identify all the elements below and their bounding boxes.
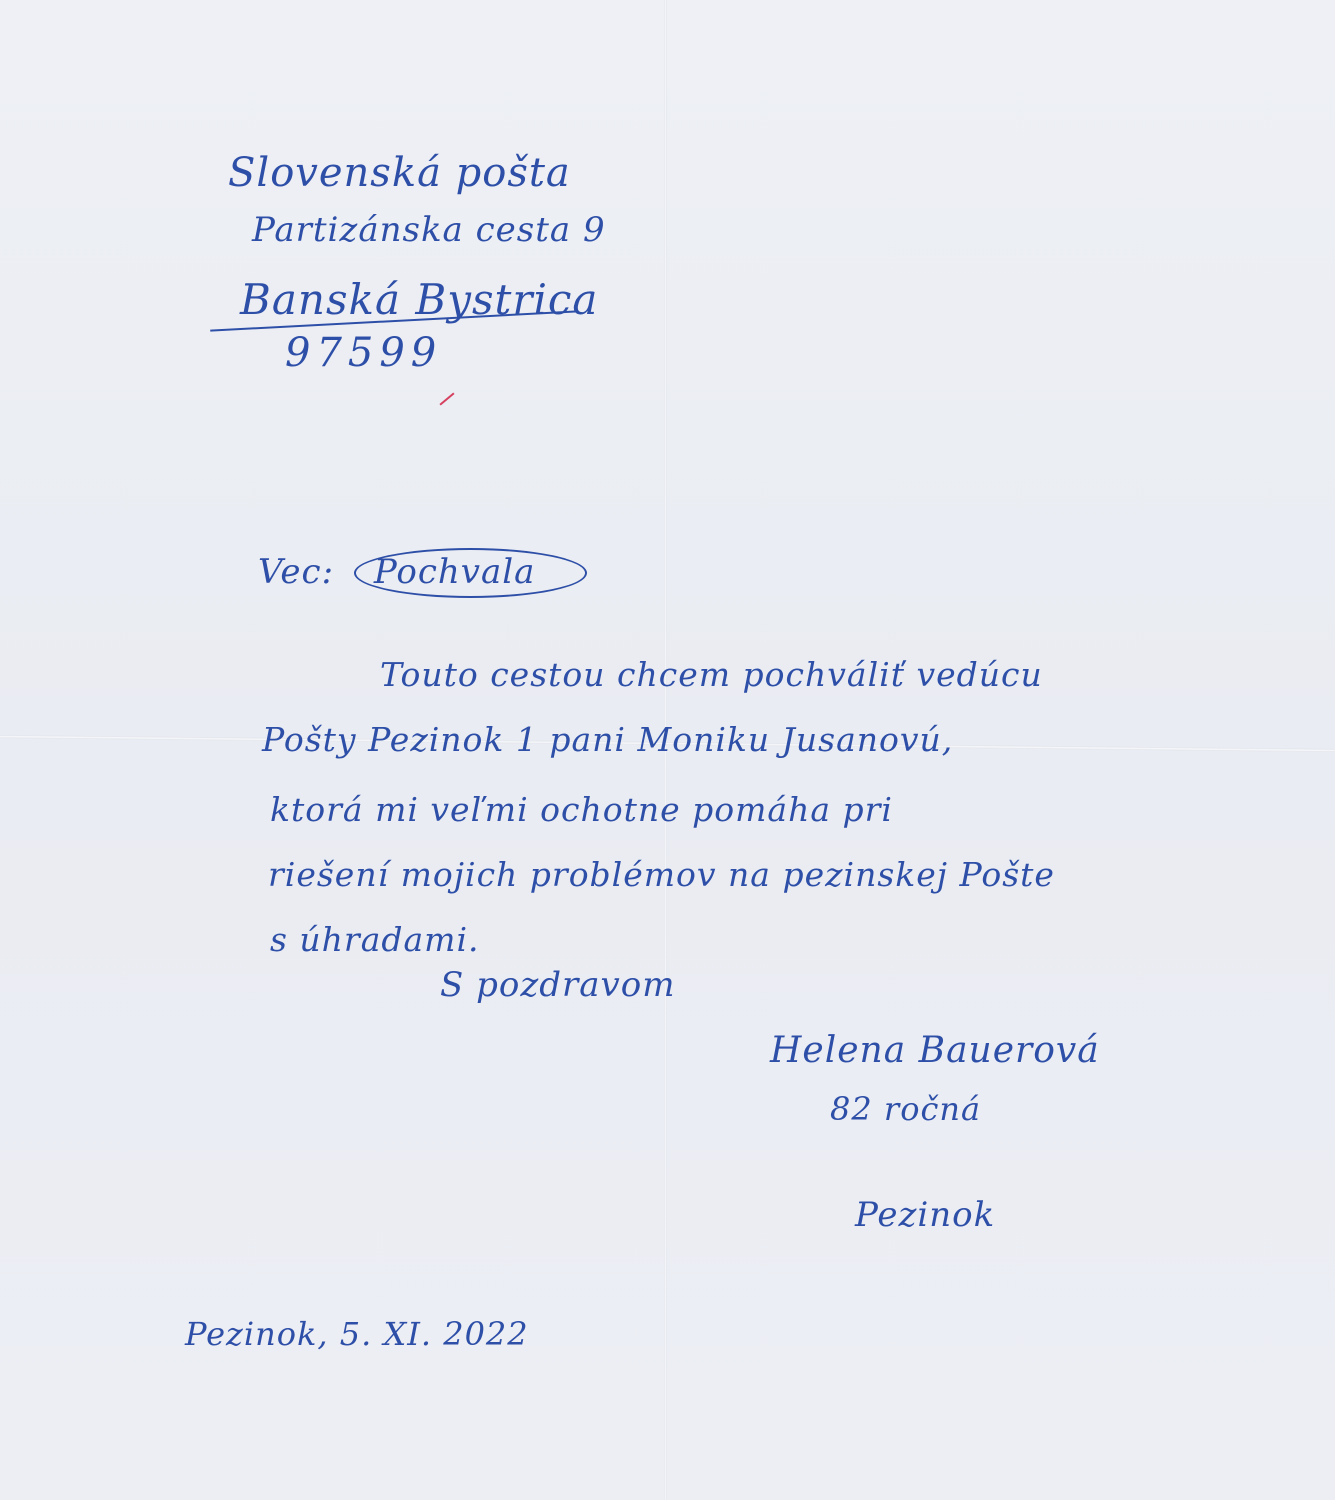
address-line-postcode: 97599 — [285, 330, 442, 376]
place-and-date: Pezinok, 5. XI. 2022 — [185, 1315, 529, 1353]
body-line: riešení mojich problémov na pezinskej Po… — [268, 855, 1055, 894]
letter-paper: Slovenská pošta Partizánska cesta 9 Bans… — [0, 0, 1335, 1500]
red-pen-mark — [439, 392, 454, 405]
signature-town: Pezinok — [855, 1195, 995, 1235]
body-line: Pošty Pezinok 1 pani Moniku Jusanovú, — [262, 720, 953, 759]
body-line: ktorá mi veľmi ochotne pomáha pri — [270, 790, 893, 829]
signature-name: Helena Bauerová — [770, 1030, 1100, 1071]
address-line-organization: Slovenská pošta — [228, 150, 571, 196]
address-line-street: Partizánska cesta 9 — [252, 210, 606, 250]
subject-line: Vec: Pochvala — [258, 548, 587, 598]
address-line-city: Banská Bystrica — [240, 275, 598, 324]
subject-value: Pochvala — [354, 548, 588, 598]
body-line: s úhradami. — [270, 920, 480, 959]
closing-salutation: S pozdravom — [440, 965, 675, 1005]
subject-label: Vec: — [258, 552, 334, 592]
signature-age: 82 ročná — [830, 1090, 981, 1128]
body-line: Touto cestou chcem pochváliť vedúcu — [380, 655, 1043, 694]
